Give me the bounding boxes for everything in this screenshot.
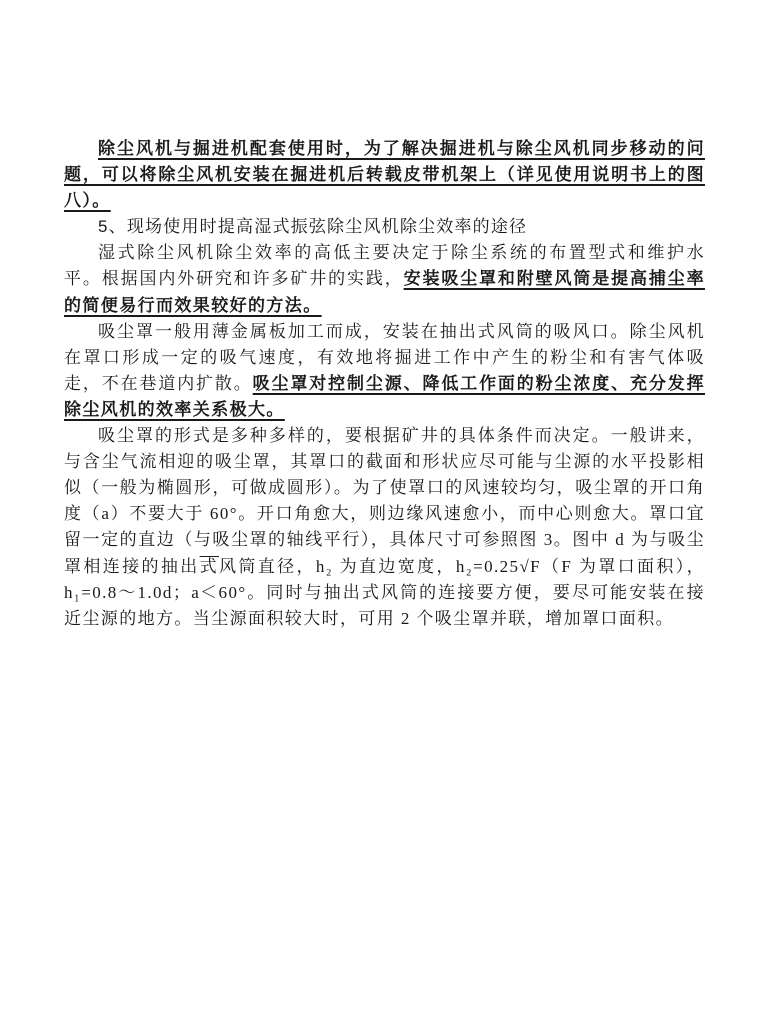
paragraph-efficiency-factors: 湿式除尘风机除尘效率的高低主要决定于除尘系统的布置型式和维护水平。根据国内外研究…: [64, 240, 705, 318]
paragraph-dust-hood-design: 吸尘罩的形式是多种多样的，要根据矿井的具体条件而决定。一般讲来，与含尘气流相迎的…: [64, 423, 705, 632]
text-run-normal: 5、现场使用时提高湿式振弦除尘风机除尘效率的途径: [98, 217, 527, 236]
section-heading: 5、现场使用时提高湿式振弦除尘风机除尘效率的途径: [64, 214, 705, 240]
document-page: 除尘风机与掘进机配套使用时，为了解决掘进机与除尘风机同步移动的问题，可以将除尘风…: [0, 0, 768, 1024]
intro-note-paragraph: 除尘风机与掘进机配套使用时，为了解决掘进机与除尘风机同步移动的问题，可以将除尘风…: [64, 136, 705, 214]
document-body: 除尘风机与掘进机配套使用时，为了解决掘进机与除尘风机同步移动的问题，可以将除尘风…: [64, 136, 705, 632]
text-run-overline: 式: [200, 557, 219, 576]
text-run-normal: 吸尘罩的形式是多种多样的，要根据矿井的具体条件而决定。一般讲来，与含尘气流相迎的…: [64, 426, 705, 575]
text-run-bold-underline: 除尘风机与掘进机配套使用时，为了解决掘进机与除尘风机同步移动的问题，可以将除尘风…: [64, 139, 705, 210]
paragraph-dust-hood-function: 吸尘罩一般用薄金属板加工而成，安装在抽出式风筒的吸风口。除尘风机在罩口形成一定的…: [64, 319, 705, 423]
